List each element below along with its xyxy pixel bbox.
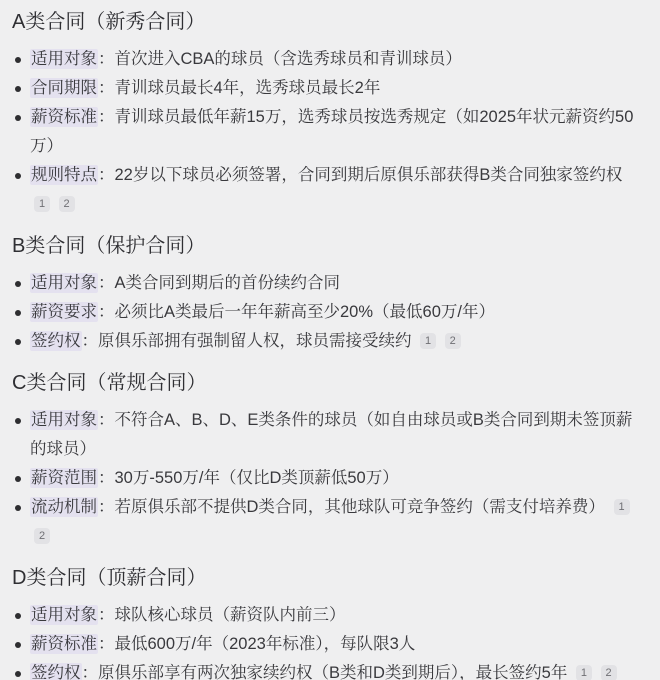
bullet-icon bbox=[12, 327, 30, 356]
term-highlight: 适用对象 bbox=[30, 49, 98, 69]
list-item: 薪资范围：30万-550万/年（仅比D类顶薪低50万） bbox=[12, 464, 646, 493]
item-content: 薪资标准：最低600万/年（2023年标准），每队限3人 bbox=[30, 630, 646, 659]
item-text: 球队核心球员（薪资队内前三） bbox=[115, 606, 346, 624]
term-highlight: 合同期限 bbox=[30, 78, 98, 98]
item-text: 必须比A类最后一年年薪高至少20%（最低60万/年） bbox=[115, 303, 495, 321]
bullet-icon bbox=[12, 161, 30, 190]
citation-badge[interactable]: 2 bbox=[34, 528, 50, 544]
term-highlight: 流动机制 bbox=[30, 497, 98, 517]
item-text: 原俱乐部享有两次独家续约权（B类和D类到期后），最长签约5年 bbox=[98, 664, 567, 680]
list-item: 薪资标准：青训球员最低年薪15万，选秀球员按选秀规定（如2025年状元薪资约50… bbox=[12, 103, 646, 161]
section-contract-d: D类合同（顶薪合同） 适用对象：球队核心球员（薪资队内前三） 薪资标准：最低60… bbox=[12, 564, 646, 680]
colon: ： bbox=[82, 332, 99, 350]
bullet-icon bbox=[12, 630, 30, 659]
bullet-icon bbox=[12, 269, 30, 298]
term-highlight: 薪资标准 bbox=[30, 107, 98, 127]
citation-badge[interactable]: 2 bbox=[445, 333, 461, 349]
section-title: A类合同（新秀合同） bbox=[12, 8, 646, 36]
section-contract-a: A类合同（新秀合同） 适用对象：首次进入CBA的球员（含选秀球员和青训球员） 合… bbox=[12, 8, 646, 219]
colon: ： bbox=[98, 50, 115, 68]
bullet-icon bbox=[12, 74, 30, 103]
section-contract-b: B类合同（保护合同） 适用对象：A类合同到期后的首份续约合同 薪资要求：必须比A… bbox=[12, 232, 646, 356]
item-content: 薪资要求：必须比A类最后一年年薪高至少20%（最低60万/年） bbox=[30, 298, 646, 327]
colon: ： bbox=[98, 606, 115, 624]
item-content: 流动机制：若原俱乐部不提供D类合同，其他球队可竞争签约（需支付培养费） 1 2 bbox=[30, 493, 646, 551]
section-title: C类合同（常规合同） bbox=[12, 369, 646, 397]
item-content: 规则特点：22岁以下球员必须签署，合同到期后原俱乐部获得B类合同独家签约权 1 … bbox=[30, 161, 646, 219]
list-item: 合同期限：青训球员最长4年，选秀球员最长2年 bbox=[12, 74, 646, 103]
term-highlight: 规则特点 bbox=[30, 165, 98, 185]
item-text: 原俱乐部拥有强制留人权，球员需接受续约 bbox=[98, 332, 412, 350]
colon: ： bbox=[98, 635, 115, 653]
section-contract-c: C类合同（常规合同） 适用对象：不符合A、B、D、E类条件的球员（如自由球员或B… bbox=[12, 369, 646, 551]
item-content: 签约权：原俱乐部拥有强制留人权，球员需接受续约 1 2 bbox=[30, 327, 646, 356]
citation-badge[interactable]: 2 bbox=[59, 196, 75, 212]
bullet-icon bbox=[12, 45, 30, 74]
list-item: 适用对象：球队核心球员（薪资队内前三） bbox=[12, 601, 646, 630]
bullet-icon bbox=[12, 103, 30, 132]
list-item: 流动机制：若原俱乐部不提供D类合同，其他球队可竞争签约（需支付培养费） 1 2 bbox=[12, 493, 646, 551]
item-content: 适用对象：A类合同到期后的首份续约合同 bbox=[30, 269, 646, 298]
item-content: 合同期限：青训球员最长4年，选秀球员最长2年 bbox=[30, 74, 646, 103]
bullet-icon bbox=[12, 493, 30, 522]
colon: ： bbox=[98, 411, 115, 429]
list-item: 薪资要求：必须比A类最后一年年薪高至少20%（最低60万/年） bbox=[12, 298, 646, 327]
colon: ： bbox=[98, 79, 115, 97]
colon: ： bbox=[98, 498, 115, 516]
item-text: A类合同到期后的首份续约合同 bbox=[115, 274, 341, 292]
citation-badge[interactable]: 1 bbox=[576, 665, 592, 680]
citation-badge[interactable]: 2 bbox=[601, 665, 617, 680]
item-text: 若原俱乐部不提供D类合同，其他球队可竞争签约（需支付培养费） bbox=[115, 498, 605, 516]
colon: ： bbox=[98, 166, 115, 184]
item-content: 薪资标准：青训球员最低年薪15万，选秀球员按选秀规定（如2025年状元薪资约50… bbox=[30, 103, 646, 161]
list-item: 薪资标准：最低600万/年（2023年标准），每队限3人 bbox=[12, 630, 646, 659]
list-item: 适用对象：首次进入CBA的球员（含选秀球员和青训球员） bbox=[12, 45, 646, 74]
item-text: 首次进入CBA的球员（含选秀球员和青训球员） bbox=[115, 50, 462, 68]
bullet-icon bbox=[12, 406, 30, 435]
bullet-icon bbox=[12, 298, 30, 327]
term-highlight: 适用对象 bbox=[30, 273, 98, 293]
item-text: 不符合A、B、D、E类条件的球员（如自由球员或B类合同到期未签顶薪的球员） bbox=[30, 411, 632, 458]
list-item: 适用对象：A类合同到期后的首份续约合同 bbox=[12, 269, 646, 298]
term-highlight: 签约权 bbox=[30, 331, 82, 351]
term-highlight: 适用对象 bbox=[30, 605, 98, 625]
citation-badge[interactable]: 1 bbox=[420, 333, 436, 349]
item-content: 适用对象：不符合A、B、D、E类条件的球员（如自由球员或B类合同到期未签顶薪的球… bbox=[30, 406, 646, 464]
item-text: 最低600万/年（2023年标准），每队限3人 bbox=[115, 635, 416, 653]
list-item: 签约权：原俱乐部享有两次独家续约权（B类和D类到期后），最长签约5年 1 2 bbox=[12, 659, 646, 680]
term-highlight: 薪资要求 bbox=[30, 302, 98, 322]
item-text: 青训球员最长4年，选秀球员最长2年 bbox=[115, 79, 381, 97]
colon: ： bbox=[98, 108, 115, 126]
bullet-icon bbox=[12, 659, 30, 680]
section-title: D类合同（顶薪合同） bbox=[12, 564, 646, 592]
item-text: 22岁以下球员必须签署，合同到期后原俱乐部获得B类合同独家签约权 bbox=[115, 166, 623, 184]
item-content: 签约权：原俱乐部享有两次独家续约权（B类和D类到期后），最长签约5年 1 2 bbox=[30, 659, 646, 680]
colon: ： bbox=[98, 469, 115, 487]
bullet-icon bbox=[12, 601, 30, 630]
item-content: 适用对象：首次进入CBA的球员（含选秀球员和青训球员） bbox=[30, 45, 646, 74]
term-highlight: 薪资范围 bbox=[30, 468, 98, 488]
term-highlight: 签约权 bbox=[30, 663, 82, 680]
colon: ： bbox=[98, 303, 115, 321]
item-content: 薪资范围：30万-550万/年（仅比D类顶薪低50万） bbox=[30, 464, 646, 493]
list-item: 签约权：原俱乐部拥有强制留人权，球员需接受续约 1 2 bbox=[12, 327, 646, 356]
term-highlight: 薪资标准 bbox=[30, 634, 98, 654]
citation-badge[interactable]: 1 bbox=[34, 196, 50, 212]
colon: ： bbox=[82, 664, 99, 680]
item-content: 适用对象：球队核心球员（薪资队内前三） bbox=[30, 601, 646, 630]
item-text: 30万-550万/年（仅比D类顶薪低50万） bbox=[115, 469, 399, 487]
list-item: 适用对象：不符合A、B、D、E类条件的球员（如自由球员或B类合同到期未签顶薪的球… bbox=[12, 406, 646, 464]
term-highlight: 适用对象 bbox=[30, 410, 98, 430]
bullet-icon bbox=[12, 464, 30, 493]
item-text: 青训球员最低年薪15万，选秀球员按选秀规定（如2025年状元薪资约50万） bbox=[30, 108, 633, 155]
colon: ： bbox=[98, 274, 115, 292]
citation-badge[interactable]: 1 bbox=[614, 499, 630, 515]
contract-summary-page: A类合同（新秀合同） 适用对象：首次进入CBA的球员（含选秀球员和青训球员） 合… bbox=[0, 0, 660, 680]
list-item: 规则特点：22岁以下球员必须签署，合同到期后原俱乐部获得B类合同独家签约权 1 … bbox=[12, 161, 646, 219]
section-title: B类合同（保护合同） bbox=[12, 232, 646, 260]
